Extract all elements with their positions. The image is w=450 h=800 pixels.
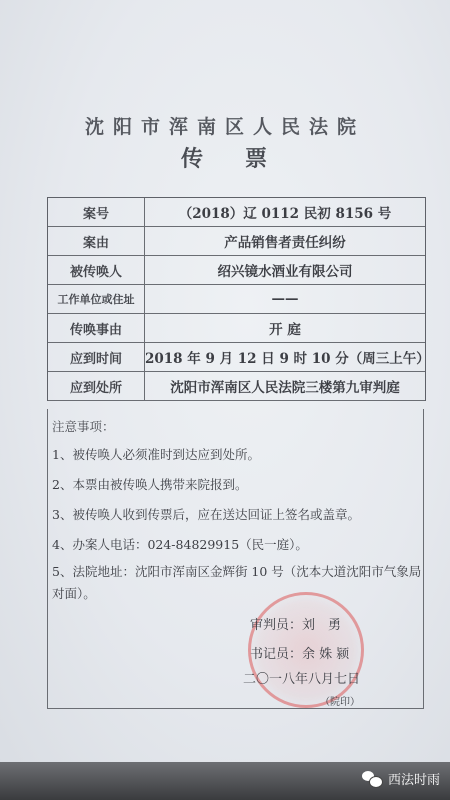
summoned-party: 绍兴镜水酒业有限公司 [145,256,425,284]
watermark: 西法时雨 [362,769,440,788]
row-label: 应到处所 [48,372,145,400]
wechat-icon [362,771,382,787]
seal-note: （院印） [320,693,360,708]
judge-signature: 审判员：刘 勇 [250,614,341,633]
issue-date: 二〇一八年八月七日 [243,668,360,687]
clerk-signature: 书记员：余 姝 颍 [250,643,349,662]
row-label: 被传唤人 [48,256,145,284]
table-row-cause: 案由 产品销售者责任纠纷 [48,227,425,256]
table-row-address: 工作单位或住址 —— [48,285,425,314]
table-row-place: 应到处所 沈阳市浑南区人民法院三楼第九审判庭 [48,372,425,401]
case-cause: 产品销售者责任纠纷 [145,227,425,255]
row-label: 传唤事由 [48,314,145,342]
table-row-case-number: 案号 （2018）辽 0112 民初 8156 号 [48,198,425,227]
note-item: 4、办案人电话：024-84829915（民一庭）。 [52,535,308,553]
note-item: 3、被传唤人收到传票后，应在送达回证上签名或盖章。 [52,505,360,523]
appearance-place: 沈阳市浑南区人民法院三楼第九审判庭 [145,372,425,400]
row-label: 案号 [48,198,145,226]
row-label: 工作单位或住址 [48,285,145,313]
summons-paper: 沈阳市浑南区人民法院 传票 案号 （2018）辽 0112 民初 8156 号 … [0,0,450,775]
note-item: 2、本票由被传唤人携带来院报到。 [52,475,247,493]
note-item: 5、法院地址：沈阳市浑南区金辉街 10 号（沈本大道沈阳市气象局对面）。 [52,561,422,605]
summons-reason: 开 庭 [145,314,425,342]
document-title: 传票 [0,142,450,173]
notes-section: 注意事项： 1、被传唤人必须准时到达应到处所。 2、本票由被传唤人携带来院报到。… [47,409,424,709]
summons-table: 案号 （2018）辽 0112 民初 8156 号 案由 产品销售者责任纠纷 被… [47,197,426,401]
notes-title: 注意事项： [52,417,115,435]
row-label: 应到时间 [48,343,145,371]
case-number: （2018）辽 0112 民初 8156 号 [145,198,425,226]
appearance-time: 2018 年 9 月 12 日 9 时 10 分（周三上午） [145,343,425,371]
note-item: 1、被传唤人必须准时到达应到处所。 [52,445,260,463]
row-label: 案由 [48,227,145,255]
table-row-summoned-party: 被传唤人 绍兴镜水酒业有限公司 [48,256,425,285]
table-row-reason: 传唤事由 开 庭 [48,314,425,343]
court-name: 沈阳市浑南区人民法院 [0,112,450,139]
watermark-text: 西法时雨 [388,769,440,788]
work-unit-address: —— [145,285,425,313]
table-row-time: 应到时间 2018 年 9 月 12 日 9 时 10 分（周三上午） [48,343,425,372]
